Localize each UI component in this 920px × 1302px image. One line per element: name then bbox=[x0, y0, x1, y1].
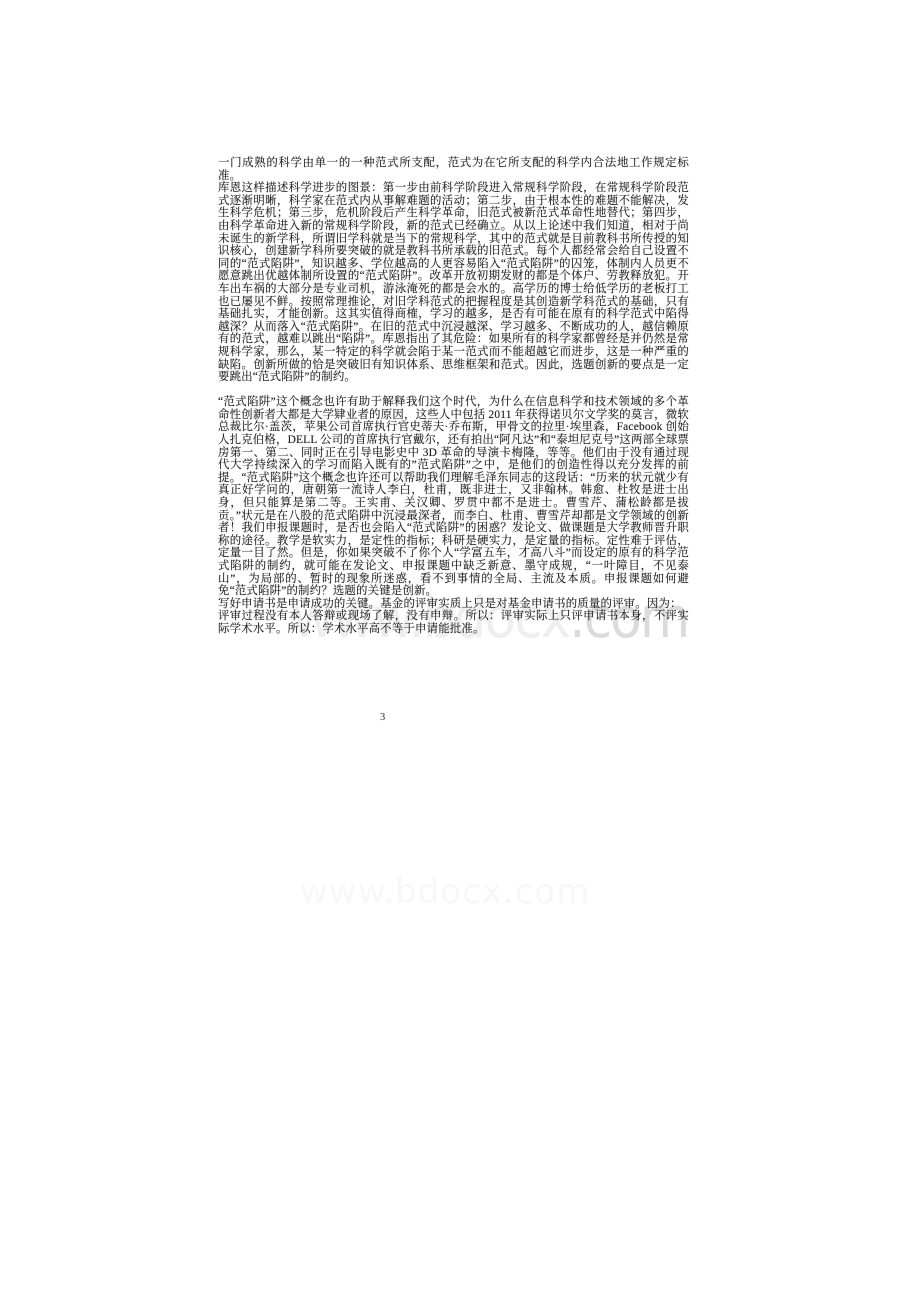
paragraph-intro: 一门成熟的科学由单一的一种范式所支配，范式为在它所支配的科学内合法地工作规定标准… bbox=[218, 157, 689, 182]
paragraph-kuhn-science-progress: 库恩这样描述科学进步的图景：第一步由前科学阶段进入常规科学阶段，在常规科学阶段范… bbox=[218, 182, 689, 384]
paragraph-review-process: 评审过程没有本人答辩或现场了解，没有申辩。所以：评审实际上只评申请书本身，不评实… bbox=[218, 610, 689, 635]
document-text-block: 一门成熟的科学由单一的一种范式所支配，范式为在它所支配的科学内合法地工作规定标准… bbox=[218, 157, 689, 636]
paragraph-paradigm-trap-era: “范式陷阱”这个概念也许有助于解释我们这个时代，为什么在信息科学和技术领域的多个… bbox=[218, 396, 689, 598]
paragraph-application-key: 写好申请书是申请成功的关键。基金的评审实质上只是对基金申请书的质量的评审。因为： bbox=[218, 598, 689, 611]
site-watermark-ghost: www.bdocx.com bbox=[300, 872, 590, 912]
scanned-document-page: www.bdocx.com www.bdocx.com 一门成熟的科学由单一的一… bbox=[0, 0, 920, 1302]
page-number: 3 bbox=[380, 712, 385, 723]
